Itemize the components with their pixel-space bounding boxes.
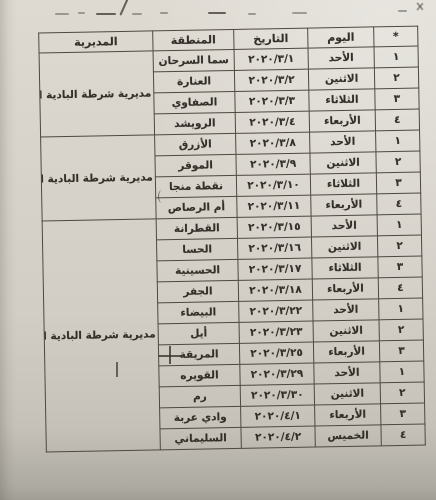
row-number-cell: ٢	[379, 319, 423, 341]
region-cell: القطرانة	[156, 217, 237, 239]
region-cell: أم الرصاص	[156, 196, 237, 218]
row-number-cell: ٢	[380, 382, 424, 404]
row-number-cell: ٣	[378, 256, 422, 278]
day-cell: الأربعاء	[313, 341, 379, 363]
region-cell: وادي عربة	[160, 406, 241, 428]
row-number-cell: ٤	[381, 424, 425, 446]
date-cell: ٢٠٢٠/٣/٢٢	[239, 300, 313, 322]
date-cell: ٢٠٢٠/٣/٢٥	[239, 342, 313, 364]
region-cell: المريقة	[158, 343, 239, 365]
date-cell: ٢٠٢٠/٣/١٧	[238, 258, 312, 280]
row-number-cell: ١	[379, 298, 423, 320]
date-cell: ٢٠٢٠/٣/٢٩	[240, 363, 314, 385]
scan-artifact-dash	[248, 13, 256, 15]
day-cell: الأحد	[313, 299, 379, 321]
date-cell: ٢٠٢٠/٣/٢	[234, 69, 308, 91]
region-cell: نقطة منجا	[155, 175, 236, 197]
region-cell: الرويشد	[154, 112, 235, 134]
date-cell: ٢٠٢٠/٤/٢	[241, 426, 315, 448]
region-cell: القويره	[159, 364, 240, 386]
region-cell: الصفاوي	[154, 91, 235, 113]
day-cell: الأربعاء	[311, 194, 377, 216]
scan-artifact-dash	[160, 12, 168, 14]
row-number-cell: ٤	[375, 109, 419, 131]
date-cell: ٢٠٢٠/٣/٨	[236, 132, 310, 154]
date-cell: ٢٠٢٠/٣/١١	[237, 195, 311, 217]
region-cell: الموقر	[155, 154, 236, 176]
directorate-cell: مديرية شرطة البادية الجنوبية	[42, 219, 160, 452]
region-cell: أيل	[158, 322, 239, 344]
scan-artifact-dash	[96, 13, 116, 15]
date-cell: ٢٠٢٠/٣/١	[234, 48, 308, 70]
day-cell: الثلاثاء	[309, 89, 375, 111]
date-cell: ٢٠٢٠/٣/٣	[235, 90, 309, 112]
col-header-region: المنطقة	[153, 29, 234, 50]
scan-artifact-dash	[208, 12, 226, 14]
day-cell: الاثنين	[313, 320, 379, 342]
row-number-cell: ١	[380, 361, 424, 383]
col-header-day: اليوم	[308, 27, 374, 48]
scan-artifact-slash	[119, 0, 128, 16]
region-cell: الأزرق	[155, 133, 236, 155]
directorate-cell: مديرية شرطة البادية الشمالية	[39, 51, 155, 137]
row-number-cell: ١	[376, 130, 420, 152]
date-cell: ٢٠٢٠/٣/١٠	[236, 174, 310, 196]
day-cell: الاثنين	[311, 236, 377, 258]
day-cell: الأربعاء	[315, 404, 381, 426]
scanned-document-page: * اليوم التاريخ المنطقة المديرية ١الأحد٢…	[0, 0, 436, 500]
directorate-cell: مديرية شرطة البادية الوسطى	[41, 135, 157, 221]
row-number-cell: ٢	[374, 67, 418, 89]
row-number-cell: ٣	[375, 88, 419, 110]
date-cell: ٢٠٢٠/٣/٣٠	[240, 384, 314, 406]
row-number-cell: ٣	[376, 172, 420, 194]
scan-artifact-dash	[132, 13, 142, 15]
day-cell: الثلاثاء	[310, 173, 376, 195]
date-cell: ٢٠٢٠/٣/١٨	[238, 279, 312, 301]
row-number-cell: ٢	[377, 235, 421, 257]
row-number-cell: ٤	[377, 193, 421, 215]
day-cell: الأحد	[314, 362, 380, 384]
day-cell: الاثنين	[314, 383, 380, 405]
day-cell: الثلاثاء	[312, 257, 378, 279]
scan-artifact-dash	[398, 10, 407, 12]
col-header-number: *	[374, 26, 418, 47]
row-number-cell: ١	[374, 46, 418, 68]
day-cell: الأحد	[311, 215, 377, 237]
row-number-cell: ١	[377, 214, 421, 236]
patrol-schedule-table-wrap: * اليوم التاريخ المنطقة المديرية ١الأحد٢…	[39, 26, 426, 453]
region-cell: رم	[159, 385, 240, 407]
date-cell: ٢٠٢٠/٣/٩	[236, 153, 310, 175]
row-number-cell: ٣	[379, 340, 423, 362]
day-cell: الاثنين	[308, 68, 374, 90]
region-cell: العنارة	[153, 70, 234, 92]
row-number-cell: ٤	[378, 277, 422, 299]
day-cell: الأربعاء	[312, 278, 378, 300]
row-number-cell: ٣	[381, 403, 425, 425]
row-number-cell: ٢	[376, 151, 420, 173]
scan-artifact-dash	[78, 12, 85, 14]
day-cell: الأحد	[310, 131, 376, 153]
day-cell: الأحد	[308, 47, 374, 69]
region-cell: الحسا	[157, 238, 238, 260]
patrol-schedule-table: * اليوم التاريخ المنطقة المديرية ١الأحد٢…	[38, 26, 426, 453]
region-cell: السليماني	[160, 427, 241, 449]
region-cell: سما السرحان	[153, 49, 234, 71]
date-cell: ٢٠٢٠/٣/٢٣	[239, 321, 313, 343]
col-header-directorate: المديرية	[39, 31, 153, 53]
date-cell: ٢٠٢٠/٣/١٥	[237, 216, 311, 238]
region-cell: الجفر	[157, 280, 238, 302]
day-cell: الاثنين	[310, 152, 376, 174]
date-cell: ٢٠٢٠/٣/٤	[235, 111, 309, 133]
scan-artifact-cross	[416, 2, 424, 10]
date-cell: ٢٠٢٠/٣/١٦	[237, 237, 311, 259]
scan-artifact-dash	[292, 12, 307, 14]
region-cell: الحسينية	[157, 259, 238, 281]
region-cell: البيضاء	[158, 301, 239, 323]
date-cell: ٢٠٢٠/٤/١	[241, 405, 315, 427]
day-cell: الخميس	[315, 425, 381, 447]
day-cell: الأربعاء	[309, 110, 375, 132]
scan-artifact-dash	[55, 13, 69, 15]
col-header-date: التاريخ	[234, 28, 308, 49]
